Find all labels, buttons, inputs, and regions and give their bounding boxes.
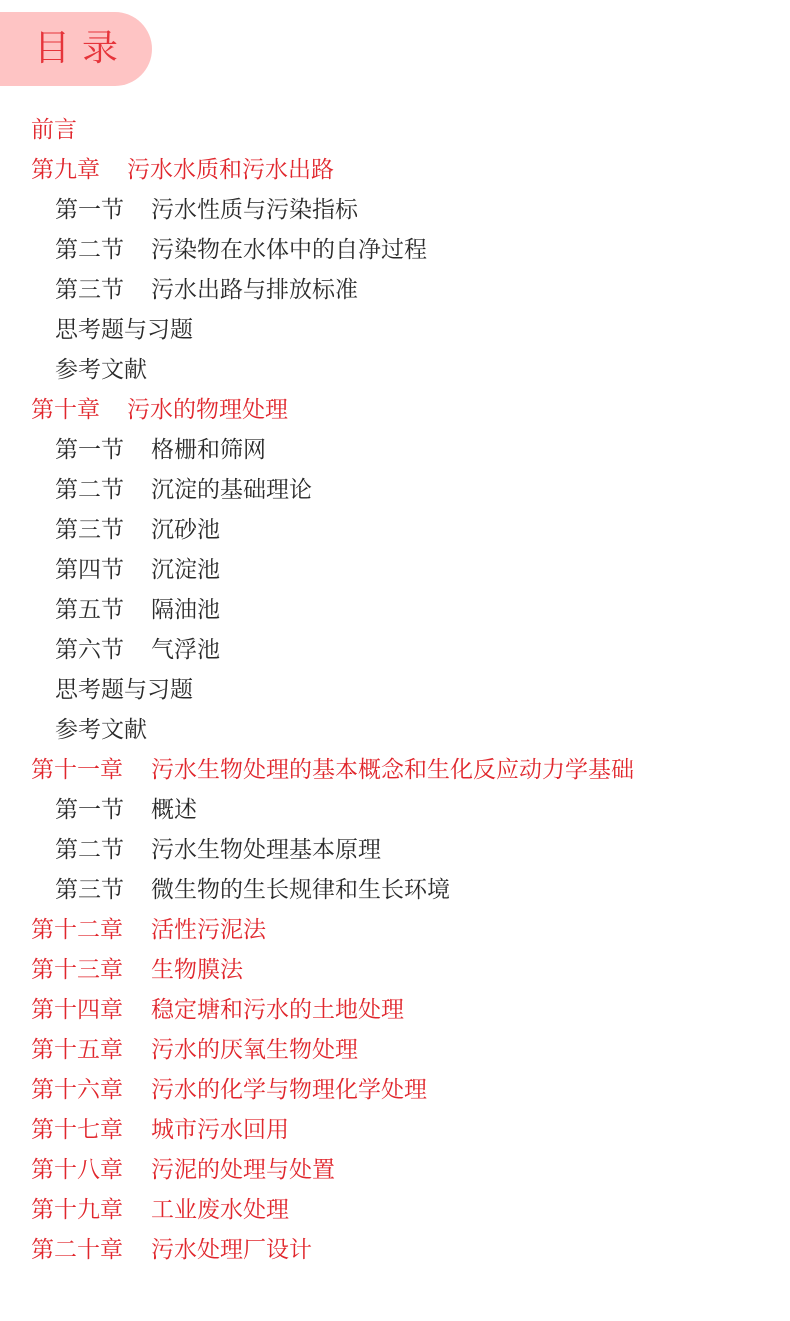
chapter-number: 第十八章	[31, 1150, 151, 1190]
section-number: 第三节	[55, 510, 151, 550]
section-title: 思考题与习题	[55, 670, 193, 710]
section-number: 第一节	[55, 430, 151, 470]
toc-section[interactable]: 第三节 污水出路与排放标准	[0, 270, 790, 310]
section-title: 沉砂池	[151, 510, 220, 550]
chapter-title: 生物膜法	[151, 950, 243, 990]
toc-section-references[interactable]: 参考文献	[0, 350, 790, 390]
chapter-title: 污水生物处理的基本概念和生化反应动力学基础	[151, 750, 634, 790]
section-title: 气浮池	[151, 630, 220, 670]
section-title: 沉淀的基础理论	[151, 470, 312, 510]
toc-chapter[interactable]: 第十九章 工业废水处理	[0, 1190, 790, 1230]
chapter-number: 第十二章	[31, 910, 151, 950]
toc-entry-preface[interactable]: 前言	[0, 110, 790, 150]
toc-section[interactable]: 第五节 隔油池	[0, 590, 790, 630]
section-title: 污水生物处理基本原理	[151, 830, 381, 870]
chapter-number: 第十章	[31, 390, 127, 430]
toc-chapter[interactable]: 第十二章 活性污泥法	[0, 910, 790, 950]
section-title: 格栅和筛网	[151, 430, 266, 470]
chapter-number: 第十五章	[31, 1030, 151, 1070]
toc-chapter[interactable]: 第十三章 生物膜法	[0, 950, 790, 990]
section-number: 第五节	[55, 590, 151, 630]
chapter-title: 污泥的处理与处置	[151, 1150, 335, 1190]
chapter-title: 污水的物理处理	[127, 390, 288, 430]
toc-chapter[interactable]: 第十六章 污水的化学与物理化学处理	[0, 1070, 790, 1110]
chapter-number: 第十九章	[31, 1190, 151, 1230]
chapter-title: 活性污泥法	[151, 910, 266, 950]
chapter-number: 第十六章	[31, 1070, 151, 1110]
toc-section[interactable]: 第一节 格栅和筛网	[0, 430, 790, 470]
chapter-title: 污水的化学与物理化学处理	[151, 1070, 427, 1110]
toc-chapter[interactable]: 第二十章 污水处理厂设计	[0, 1230, 790, 1270]
toc-section[interactable]: 第三节 沉砂池	[0, 510, 790, 550]
chapter-title: 工业废水处理	[151, 1190, 289, 1230]
toc-section[interactable]: 第一节 污水性质与污染指标	[0, 190, 790, 230]
section-number: 第二节	[55, 470, 151, 510]
chapter-number: 第十一章	[31, 750, 151, 790]
section-number: 第六节	[55, 630, 151, 670]
section-number: 第一节	[55, 190, 151, 230]
chapter-number: 第十七章	[31, 1110, 151, 1150]
toc-section[interactable]: 第四节 沉淀池	[0, 550, 790, 590]
section-number: 第一节	[55, 790, 151, 830]
section-title: 沉淀池	[151, 550, 220, 590]
chapter-title: 污水水质和污水出路	[127, 150, 334, 190]
toc-section[interactable]: 第六节 气浮池	[0, 630, 790, 670]
toc-header: 目录	[0, 12, 152, 86]
chapter-number: 第二十章	[31, 1230, 151, 1270]
toc-section[interactable]: 第二节 污水生物处理基本原理	[0, 830, 790, 870]
toc-section[interactable]: 第一节 概述	[0, 790, 790, 830]
section-title: 隔油池	[151, 590, 220, 630]
section-number: 第二节	[55, 230, 151, 270]
section-title: 参考文献	[55, 710, 147, 750]
section-number: 第三节	[55, 870, 151, 910]
section-title: 微生物的生长规律和生长环境	[151, 870, 450, 910]
section-title: 污水出路与排放标准	[151, 270, 358, 310]
chapter-number: 第九章	[31, 150, 127, 190]
toc-chapter[interactable]: 第十五章 污水的厌氧生物处理	[0, 1030, 790, 1070]
toc-chapter[interactable]: 第十八章 污泥的处理与处置	[0, 1150, 790, 1190]
toc-chapter[interactable]: 第十一章 污水生物处理的基本概念和生化反应动力学基础	[0, 750, 790, 790]
chapter-title: 污水的厌氧生物处理	[151, 1030, 358, 1070]
toc-section-references[interactable]: 参考文献	[0, 710, 790, 750]
chapter-number: 第十三章	[31, 950, 151, 990]
toc-section[interactable]: 第三节 微生物的生长规律和生长环境	[0, 870, 790, 910]
section-title: 污染物在水体中的自净过程	[151, 230, 427, 270]
table-of-contents: 前言 第九章 污水水质和污水出路 第一节 污水性质与污染指标 第二节 污染物在水…	[0, 110, 790, 1270]
toc-section-exercises[interactable]: 思考题与习题	[0, 310, 790, 350]
toc-chapter[interactable]: 第九章 污水水质和污水出路	[0, 150, 790, 190]
section-title: 思考题与习题	[55, 310, 193, 350]
toc-section[interactable]: 第二节 污染物在水体中的自净过程	[0, 230, 790, 270]
entry-title: 前言	[31, 110, 77, 150]
section-number: 第二节	[55, 830, 151, 870]
chapter-title: 城市污水回用	[151, 1110, 289, 1150]
section-title: 参考文献	[55, 350, 147, 390]
section-number: 第三节	[55, 270, 151, 310]
toc-section-exercises[interactable]: 思考题与习题	[0, 670, 790, 710]
toc-chapter[interactable]: 第十章 污水的物理处理	[0, 390, 790, 430]
toc-section[interactable]: 第二节 沉淀的基础理论	[0, 470, 790, 510]
toc-chapter[interactable]: 第十四章 稳定塘和污水的土地处理	[0, 990, 790, 1030]
section-title: 污水性质与污染指标	[151, 190, 358, 230]
section-title: 概述	[151, 790, 197, 830]
toc-title: 目录	[34, 31, 130, 67]
chapter-title: 稳定塘和污水的土地处理	[151, 990, 404, 1030]
toc-chapter[interactable]: 第十七章 城市污水回用	[0, 1110, 790, 1150]
chapter-title: 污水处理厂设计	[151, 1230, 312, 1270]
section-number: 第四节	[55, 550, 151, 590]
chapter-number: 第十四章	[31, 990, 151, 1030]
